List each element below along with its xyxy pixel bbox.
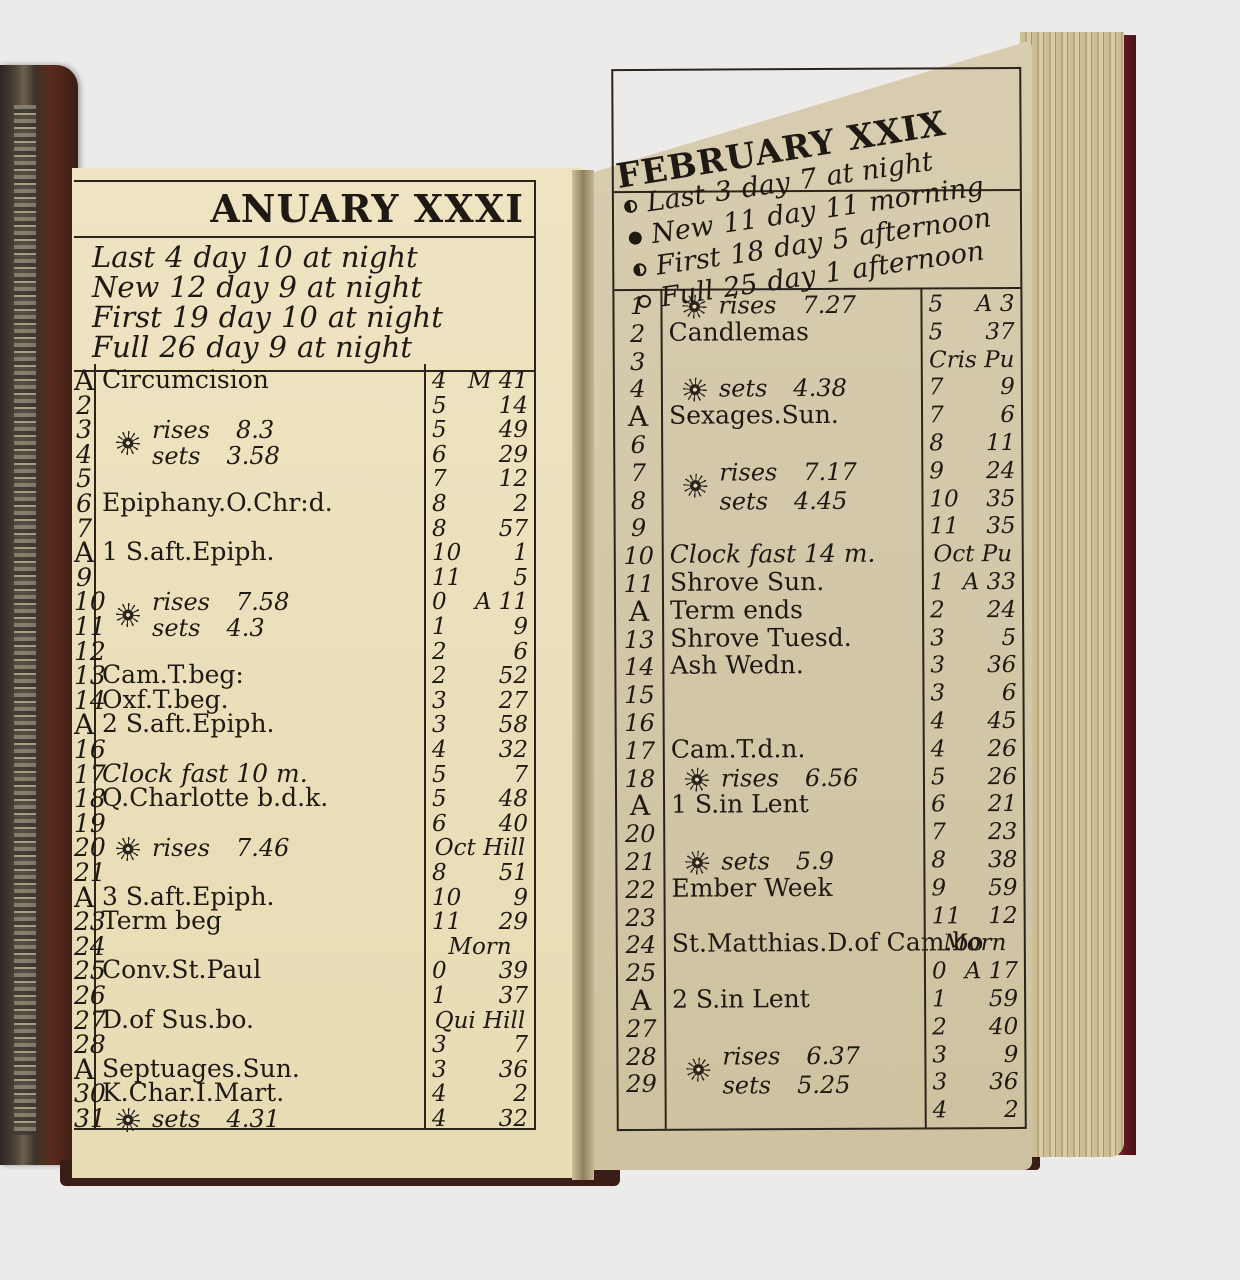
moon-time-hour: 4 (432, 739, 447, 761)
day-number: 16 (74, 739, 94, 761)
moon-time-hour: 4 (432, 1083, 447, 1105)
day-number: 24 (618, 934, 664, 956)
phase-day: 19 (172, 302, 209, 332)
moon-time-minute: 26 (988, 766, 1017, 788)
phase-day: 3 (713, 175, 735, 209)
phase-name: Last (92, 242, 155, 272)
phase-day-label: day (194, 242, 246, 272)
moon-time-row: 723 (925, 821, 1017, 843)
day-number: 11 (74, 616, 94, 638)
sun-icon (686, 1057, 710, 1081)
moon-time-row: 1112 (926, 905, 1018, 927)
day-number: 9 (616, 517, 662, 539)
moon-time-hour: 2 (932, 1016, 947, 1038)
moon-time-minute: 12 (988, 905, 1017, 927)
sun-label: rises (722, 1042, 780, 1070)
moon-time-hour: 4 (933, 1100, 948, 1122)
sun-sets-time: sets5.9 (721, 850, 834, 873)
moon-time-row: Oct Hill (426, 837, 528, 859)
moon-time-hour: 6 (432, 444, 447, 466)
calendar-event: Shrove Tuesd. (670, 623, 852, 652)
moon-time-minute: 1 (513, 542, 528, 564)
moon-time-hour: 2 (432, 641, 447, 663)
moon-time-minute: 57 (499, 518, 528, 540)
sun-label: rises (152, 416, 210, 444)
day-number: 27 (74, 1010, 94, 1032)
day-number: 16 (617, 712, 663, 734)
day-number: 31 (74, 1108, 94, 1130)
moon-time-row: Cris Pu (923, 349, 1015, 371)
sunday-marker: A (615, 406, 661, 428)
moon-time-row: 811 (923, 432, 1015, 454)
moon-time-row: 57 (426, 764, 528, 786)
sun-label: sets (152, 442, 200, 470)
moon-time-hour: 3 (930, 655, 945, 677)
february-day-column: 1234A67891011A131415161718A202122232425A… (614, 289, 666, 1129)
moon-time-hour: 4 (432, 370, 447, 392)
sun-label: sets (152, 1105, 200, 1133)
moon-time-minute: 12 (499, 468, 528, 490)
moon-time-minute: 29 (499, 444, 528, 466)
sun-label: sets (152, 614, 200, 642)
moon-time-row: 159 (926, 988, 1018, 1010)
moon-time-hour: 4 (931, 738, 946, 760)
moon-time-hour: 4 (931, 710, 946, 732)
moon-time-hour: 3 (432, 1059, 447, 1081)
moon-time-hour: 9 (929, 460, 944, 482)
day-number: 22 (617, 879, 663, 901)
january-day-column: A234567A91011121314A161718192021A2324252… (74, 364, 96, 1128)
february-moon-times-column: 5A 3537Cris Pu797681192410351135Oct Pu1A… (920, 287, 1024, 1128)
sun-rises-time: rises8.3 (152, 419, 274, 441)
day-number: 15 (616, 684, 662, 706)
day-number: 24 (74, 936, 94, 958)
moon-time-hour: 11 (432, 911, 461, 933)
moon-time-minute: 7 (513, 1034, 528, 1056)
february-events-column: CandlemasSexages.Sun.Clock fast 14 m.Shr… (662, 287, 924, 1128)
sun-time-value: 8.3 (236, 419, 274, 441)
moon-time-row: 1A 33 (924, 571, 1016, 593)
moon-time-row: 336 (924, 654, 1016, 676)
phase-period: at night (297, 332, 412, 362)
moon-time-row: 857 (426, 518, 528, 540)
moon-time-hour: Morn (448, 936, 511, 958)
phase-name: New (92, 272, 159, 302)
calendar-event: D.of Sus.bo. (102, 1006, 254, 1034)
calendar-event: 2 S.in Lent (672, 985, 810, 1014)
phase-day: 11 (721, 204, 760, 241)
calendar-event: Ash Wedn. (670, 651, 804, 680)
moon-time-minute: 26 (987, 738, 1016, 760)
phase-time: 1 (823, 256, 845, 290)
moon-time-row: 432 (426, 1108, 528, 1130)
january-grid: A234567A91011121314A161718192021A2324252… (74, 364, 534, 1128)
moon-time-hour: 8 (931, 849, 946, 871)
moon-phase-row: New12day9at night (92, 272, 534, 302)
moon-phase-row: First19day10at night (92, 302, 534, 332)
moon-time-hour: 7 (931, 822, 946, 844)
moon-time-row: 526 (925, 766, 1017, 788)
calendar-event: 2 S.aft.Epiph. (102, 710, 275, 738)
calendar-event: Epiphany.O.Chr:d. (102, 489, 333, 517)
page-block-edges (1020, 32, 1124, 1157)
january-events-column: CircumcisionEpiphany.O.Chr:d.1 S.aft.Epi… (96, 364, 424, 1128)
day-number: 28 (618, 1045, 664, 1067)
moon-time-row: 549 (426, 419, 528, 441)
moon-time-row: 838 (925, 849, 1017, 871)
moon-time-hour: 8 (929, 432, 944, 454)
moon-time-row: 109 (426, 887, 528, 909)
moon-time-row: 0A 11 (426, 591, 528, 613)
day-number: 30 (74, 1083, 94, 1105)
day-number: 26 (74, 985, 94, 1007)
moon-time-row: 42 (426, 1083, 528, 1105)
moon-time-minute: 36 (987, 654, 1016, 676)
moon-time-hour: 3 (932, 1072, 947, 1094)
sun-icon (685, 767, 709, 791)
sun-rises-time: rises6.37 (722, 1044, 860, 1067)
day-number: 21 (617, 851, 663, 873)
moon-time-hour: Morn (943, 932, 1006, 954)
sun-icon (116, 603, 140, 627)
moon-time-minute: 6 (513, 641, 528, 663)
phase-day: 12 (169, 272, 206, 302)
sun-icon (682, 295, 706, 319)
phase-day-label: day (206, 332, 258, 362)
moon-time-row: Oct Pu (924, 543, 1016, 565)
moon-time-minute: A 11 (475, 591, 528, 613)
day-number: 20 (74, 837, 94, 859)
moon-phase-row: Last4day10at night (92, 242, 534, 272)
calendar-event: Clock fast 14 m. (670, 540, 876, 569)
moon-time-hour: 5 (432, 419, 447, 441)
day-number: 12 (74, 641, 94, 663)
book-spine (0, 65, 78, 1165)
day-number: 20 (617, 823, 663, 845)
phase-time: 7 (798, 163, 820, 197)
moon-time-minute: 58 (499, 714, 528, 736)
moon-time-minute: 40 (989, 1016, 1018, 1038)
day-number: 17 (617, 740, 663, 762)
calendar-event: Sexages.Sun. (669, 401, 839, 430)
calendar-event: Shrove Sun. (670, 568, 825, 597)
moon-time-hour: 0 (932, 961, 947, 983)
sun-label: sets (722, 1071, 771, 1099)
moon-time-minute: 5 (1002, 627, 1017, 649)
moon-time-hour: 5 (432, 788, 447, 810)
moon-time-hour: 3 (432, 1034, 447, 1056)
sunday-marker: A (74, 370, 94, 392)
moon-time-minute: 52 (499, 665, 528, 687)
day-number: 18 (617, 767, 663, 789)
day-number: 25 (74, 960, 94, 982)
february-moon-phases: Last3day7at nightNew11day11morningFirst1… (614, 137, 1021, 291)
sun-label: rises (721, 764, 779, 792)
moon-time-hour: 10 (432, 887, 461, 909)
sun-icon (116, 837, 140, 861)
moon-time-minute: A 3 (976, 293, 1015, 315)
moon-time-hour: 11 (930, 516, 959, 538)
day-number: 6 (74, 493, 94, 515)
new-moon-icon (628, 230, 643, 245)
moon-time-row: 426 (925, 738, 1017, 760)
moon-time-minute: 32 (499, 1108, 528, 1130)
moon-time-minute: 2 (1004, 1099, 1019, 1121)
moon-time-row: 629 (426, 444, 528, 466)
sun-time-value: 7.58 (236, 591, 289, 613)
moon-time-row: 514 (426, 395, 528, 417)
moon-time-minute: 24 (987, 599, 1016, 621)
sun-time-value: 3.58 (226, 445, 279, 467)
february-calendar: FEBRUARY XXIX Last3day7at nightNew11day1… (611, 67, 1027, 1131)
moon-time-hour: 3 (930, 627, 945, 649)
moon-time-row: 252 (426, 665, 528, 687)
sun-time-value: 4.3 (226, 617, 264, 639)
phase-name: Full (92, 332, 149, 362)
day-number: 13 (616, 628, 662, 650)
day-number: 10 (616, 545, 662, 567)
phase-day: 4 (165, 242, 183, 272)
moon-time-hour: 8 (432, 862, 447, 884)
moon-time-minute: 6 (1002, 682, 1017, 704)
phase-time: 5 (830, 223, 852, 257)
calendar-event: 1 S.aft.Epiph. (102, 538, 275, 566)
day-number: 11 (616, 573, 662, 595)
sunday-marker: A (74, 1059, 94, 1081)
sun-time-value: 6.37 (806, 1044, 860, 1066)
moon-time-row: 37 (426, 1034, 528, 1056)
moon-time-hour: 1 (930, 571, 945, 593)
sunday-marker: A (617, 795, 663, 817)
day-number: 8 (615, 489, 661, 511)
moon-time-minute: 45 (987, 710, 1016, 732)
sun-sets-time: sets4.38 (719, 377, 847, 400)
first-quarter-icon (632, 262, 647, 277)
moon-time-row: 42 (927, 1099, 1019, 1121)
day-number: 9 (74, 567, 94, 589)
phase-time: 10 (281, 302, 318, 332)
january-moon-phases: Last4day10at nightNew12day9at nightFirst… (74, 236, 534, 372)
moon-time-row: 959 (925, 877, 1017, 899)
moon-time-row: 039 (426, 960, 528, 982)
moon-time-hour: Oct Pu (933, 543, 1012, 565)
moon-time-minute: 29 (499, 911, 528, 933)
moon-time-row: 35 (924, 627, 1016, 649)
day-number: 10 (74, 591, 94, 613)
sun-icon (116, 1108, 140, 1132)
calendar-event: Q.Charlotte b.d.k. (102, 784, 328, 812)
book-gutter (572, 170, 594, 1180)
moon-time-hour: 5 (432, 764, 447, 786)
moon-time-row: 137 (426, 985, 528, 1007)
moon-time-hour: 10 (432, 542, 461, 564)
moon-time-hour: 8 (432, 518, 447, 540)
day-number: 14 (616, 656, 662, 678)
moon-time-row: 537 (923, 321, 1015, 343)
moon-time-row: Qui Hill (426, 1010, 528, 1032)
sun-time-value: 7.27 (802, 294, 856, 316)
moon-time-hour: 2 (930, 599, 945, 621)
phase-period: at night (328, 302, 443, 332)
moon-time-hour: 0 (432, 591, 447, 613)
moon-time-row: 76 (923, 404, 1015, 426)
calendar-event: Term ends (670, 596, 803, 625)
sunday-marker: A (74, 887, 94, 909)
calendar-event: Circumcision (102, 366, 269, 394)
moon-time-row: 336 (926, 1071, 1018, 1093)
sun-rises-time: rises7.17 (719, 461, 857, 484)
moon-time-row: Morn (926, 932, 1018, 954)
moon-time-hour: Oct Hill (435, 837, 525, 859)
moon-time-minute: 48 (499, 788, 528, 810)
moon-time-row: 240 (926, 1016, 1018, 1038)
phase-period: at night (303, 242, 418, 272)
day-number: 6 (615, 434, 661, 456)
moon-time-row: 39 (926, 1044, 1018, 1066)
gilt-tooling (14, 105, 36, 1135)
moon-time-minute: 7 (513, 764, 528, 786)
moon-time-row: 1129 (426, 911, 528, 933)
day-number: 2 (74, 395, 94, 417)
moon-time-hour: 5 (929, 321, 944, 343)
day-number: 13 (74, 665, 94, 687)
moon-time-minute: 39 (499, 960, 528, 982)
sunday-marker: A (74, 714, 94, 736)
january-calendar: ANUARY XXXI Last4day10at nightNew12day9a… (74, 180, 536, 1130)
moon-time-minute: 40 (499, 813, 528, 835)
moon-time-minute: 11 (986, 432, 1015, 454)
moon-time-hour: 4 (432, 1108, 447, 1130)
moon-time-hour: 7 (432, 468, 447, 490)
day-number: 23 (618, 906, 664, 928)
sun-icon (116, 431, 140, 455)
sun-time-value: 7.46 (236, 837, 289, 859)
moon-time-row: 36 (924, 682, 1016, 704)
sun-sets-time: sets5.25 (722, 1074, 850, 1097)
day-number: 3 (615, 350, 661, 372)
moon-time-minute: 23 (988, 821, 1017, 843)
moon-time-hour: 3 (432, 690, 447, 712)
moon-time-row: 621 (925, 793, 1017, 815)
moon-time-row: 432 (426, 739, 528, 761)
moon-time-row: 851 (426, 862, 528, 884)
moon-time-minute: 14 (499, 395, 528, 417)
moon-time-minute: 21 (988, 793, 1017, 815)
day-number: 7 (615, 462, 661, 484)
sun-label: rises (152, 834, 210, 862)
phase-name: First (92, 302, 162, 332)
calendar-event: 1 S.in Lent (671, 790, 809, 819)
day-number: 2 (615, 323, 661, 345)
day-number: 5 (74, 468, 94, 490)
moon-time-row: 101 (426, 542, 528, 564)
day-number: 27 (618, 1018, 664, 1040)
phase-time: 10 (256, 242, 293, 272)
sun-icon (683, 378, 707, 402)
sun-label: sets (719, 375, 768, 403)
sun-rises-time: rises6.56 (721, 766, 859, 789)
sun-icon (683, 473, 707, 497)
sun-label: rises (719, 458, 777, 486)
moon-time-hour: 6 (432, 813, 447, 835)
moon-time-hour: 5 (931, 766, 946, 788)
moon-time-minute: 36 (499, 1059, 528, 1081)
moon-time-minute: 32 (499, 739, 528, 761)
moon-time-hour: 0 (432, 960, 447, 982)
moon-time-row: 640 (426, 813, 528, 835)
sun-time-value: 6.56 (805, 766, 859, 788)
moon-time-row: 5A 3 (922, 293, 1014, 315)
moon-time-row: 115 (426, 567, 528, 589)
moon-time-hour: 6 (931, 794, 946, 816)
moon-time-row: 0A 17 (926, 960, 1018, 982)
moon-time-row: 26 (426, 641, 528, 663)
moon-time-hour: 1 (432, 985, 447, 1007)
moon-time-hour: 1 (932, 988, 947, 1010)
january-title: ANUARY XXXI (74, 182, 534, 238)
moon-time-hour: 3 (432, 714, 447, 736)
moon-time-minute: 37 (499, 985, 528, 1007)
sun-time-value: 4.45 (794, 490, 848, 512)
calendar-event: K.Char.I.Mart. (102, 1079, 284, 1107)
moon-time-hour: 9 (931, 877, 946, 899)
moon-time-row: 712 (426, 468, 528, 490)
moon-time-row: 924 (923, 460, 1015, 482)
moon-time-row: 19 (426, 616, 528, 638)
phase-day: 26 (159, 332, 196, 362)
calendar-event: Ember Week (671, 874, 832, 903)
moon-time-row: 548 (426, 788, 528, 810)
sunday-marker: A (74, 542, 94, 564)
calendar-event: Cam.T.d.n. (671, 735, 806, 764)
sun-time-value: 4.38 (793, 377, 847, 399)
sun-time-value: 5.9 (796, 850, 834, 872)
moon-phase-row: Full26day9at night (92, 332, 534, 362)
last-quarter-icon (623, 199, 638, 214)
moon-time-hour: 11 (932, 905, 961, 927)
day-number: 23 (74, 911, 94, 933)
sun-label: sets (721, 847, 770, 875)
sun-rises-time: rises7.27 (718, 294, 856, 317)
moon-time-row: 336 (426, 1059, 528, 1081)
moon-time-minute: 35 (986, 515, 1015, 537)
moon-time-hour: 5 (928, 293, 943, 315)
day-number: 18 (74, 788, 94, 810)
moon-time-minute: 2 (513, 493, 528, 515)
phase-time: 11 (823, 189, 862, 226)
moon-time-hour: 7 (929, 405, 944, 427)
sunday-marker: A (618, 990, 664, 1012)
moon-time-hour: 2 (432, 665, 447, 687)
moon-time-hour: 7 (929, 377, 944, 399)
february-grid: 1234A67891011A131415161718A202122232425A… (614, 287, 1024, 1129)
moon-time-row: 327 (426, 690, 528, 712)
moon-time-minute: 38 (988, 849, 1017, 871)
sun-sets-time: sets3.58 (152, 445, 280, 467)
moon-time-minute: A 17 (965, 960, 1018, 982)
day-number: 29 (618, 1073, 664, 1095)
moon-time-minute: 9 (513, 887, 528, 909)
sun-sets-time: sets4.3 (152, 617, 265, 639)
sun-label: rises (152, 588, 210, 616)
day-number: 25 (618, 962, 664, 984)
phase-day: 18 (728, 235, 767, 272)
moon-time-minute: 9 (1004, 1044, 1019, 1066)
moon-time-hour: 5 (432, 395, 447, 417)
moon-time-row: 1035 (923, 488, 1015, 510)
sun-time-value: 5.25 (797, 1074, 851, 1096)
moon-time-row: Morn (426, 936, 528, 958)
